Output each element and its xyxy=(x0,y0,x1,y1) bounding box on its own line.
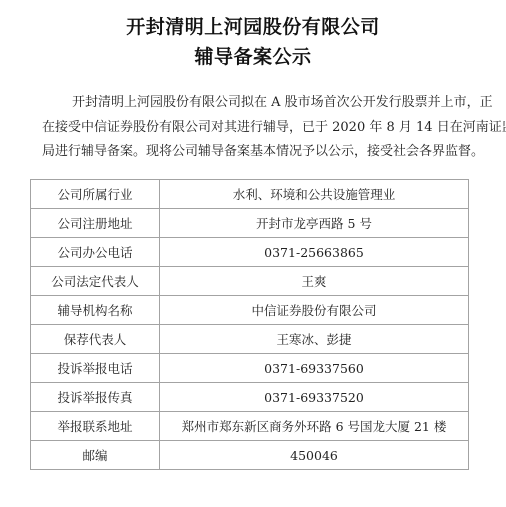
table-row: 公司法定代表人 王爽 xyxy=(31,267,469,296)
table-row: 辅导机构名称 中信证券股份有限公司 xyxy=(31,296,469,325)
table-row: 保荐代表人 王寒冰、彭捷 xyxy=(31,325,469,354)
row-label: 公司法定代表人 xyxy=(31,267,160,296)
filing-info-table: 公司所属行业 水利、环境和公共设施管理业 公司注册地址 开封市龙亭西路 5 号 … xyxy=(30,179,469,470)
table-row: 公司注册地址 开封市龙亭西路 5 号 xyxy=(31,209,469,238)
row-label: 投诉举报传真 xyxy=(31,383,160,412)
row-label: 邮编 xyxy=(31,441,160,470)
row-label: 辅导机构名称 xyxy=(31,296,160,325)
document-title: 开封清明上河园股份有限公司 xyxy=(0,12,506,42)
table-row: 邮编 450046 xyxy=(31,441,469,470)
paragraph-line-2: 在接受中信证券股份有限公司对其进行辅导，已于 2020 年 8 月 14 日在河… xyxy=(42,116,458,141)
paragraph-line-2-text: 在接受中信证券股份有限公司对其进行辅导，已于 2020 年 8 月 14 日在河… xyxy=(42,120,506,135)
paragraph-line-1: 开封清明上河园股份有限公司拟在 A 股市场首次公开发行股票并上市，正 xyxy=(42,91,458,116)
row-label: 举报联系地址 xyxy=(31,412,160,441)
row-label: 保荐代表人 xyxy=(31,325,160,354)
announcement-paragraph[interactable]: 开封清明上河园股份有限公司拟在 A 股市场首次公开发行股票并上市，正 在接受中信… xyxy=(42,91,458,165)
row-label: 公司所属行业 xyxy=(31,180,160,209)
table-row: 公司办公电话 0371-25663865 xyxy=(31,238,469,267)
table-row: 公司所属行业 水利、环境和公共设施管理业 xyxy=(31,180,469,209)
row-value: 水利、环境和公共设施管理业 xyxy=(160,180,469,209)
row-value: 0371-69337560 xyxy=(160,354,469,383)
row-label: 投诉举报电话 xyxy=(31,354,160,383)
document-subtitle: 辅导备案公示 xyxy=(0,42,506,72)
row-value: 王寒冰、彭捷 xyxy=(160,325,469,354)
row-value: 450046 xyxy=(160,441,469,470)
row-label: 公司注册地址 xyxy=(31,209,160,238)
table-row: 投诉举报传真 0371-69337520 xyxy=(31,383,469,412)
row-value: 中信证券股份有限公司 xyxy=(160,296,469,325)
row-value: 0371-69337520 xyxy=(160,383,469,412)
row-value: 开封市龙亭西路 5 号 xyxy=(160,209,469,238)
row-value: 王爽 xyxy=(160,267,469,296)
table-row: 投诉举报电话 0371-69337560 xyxy=(31,354,469,383)
row-value: 0371-25663865 xyxy=(160,238,469,267)
table-row: 举报联系地址 郑州市郑东新区商务外环路 6 号国龙大厦 21 楼 xyxy=(31,412,469,441)
row-label: 公司办公电话 xyxy=(31,238,160,267)
paragraph-line-3: 局进行辅导备案。现将公司辅导备案基本情况予以公示，接受社会各界监督。 xyxy=(42,140,458,165)
row-value: 郑州市郑东新区商务外环路 6 号国龙大厦 21 楼 xyxy=(160,412,469,441)
